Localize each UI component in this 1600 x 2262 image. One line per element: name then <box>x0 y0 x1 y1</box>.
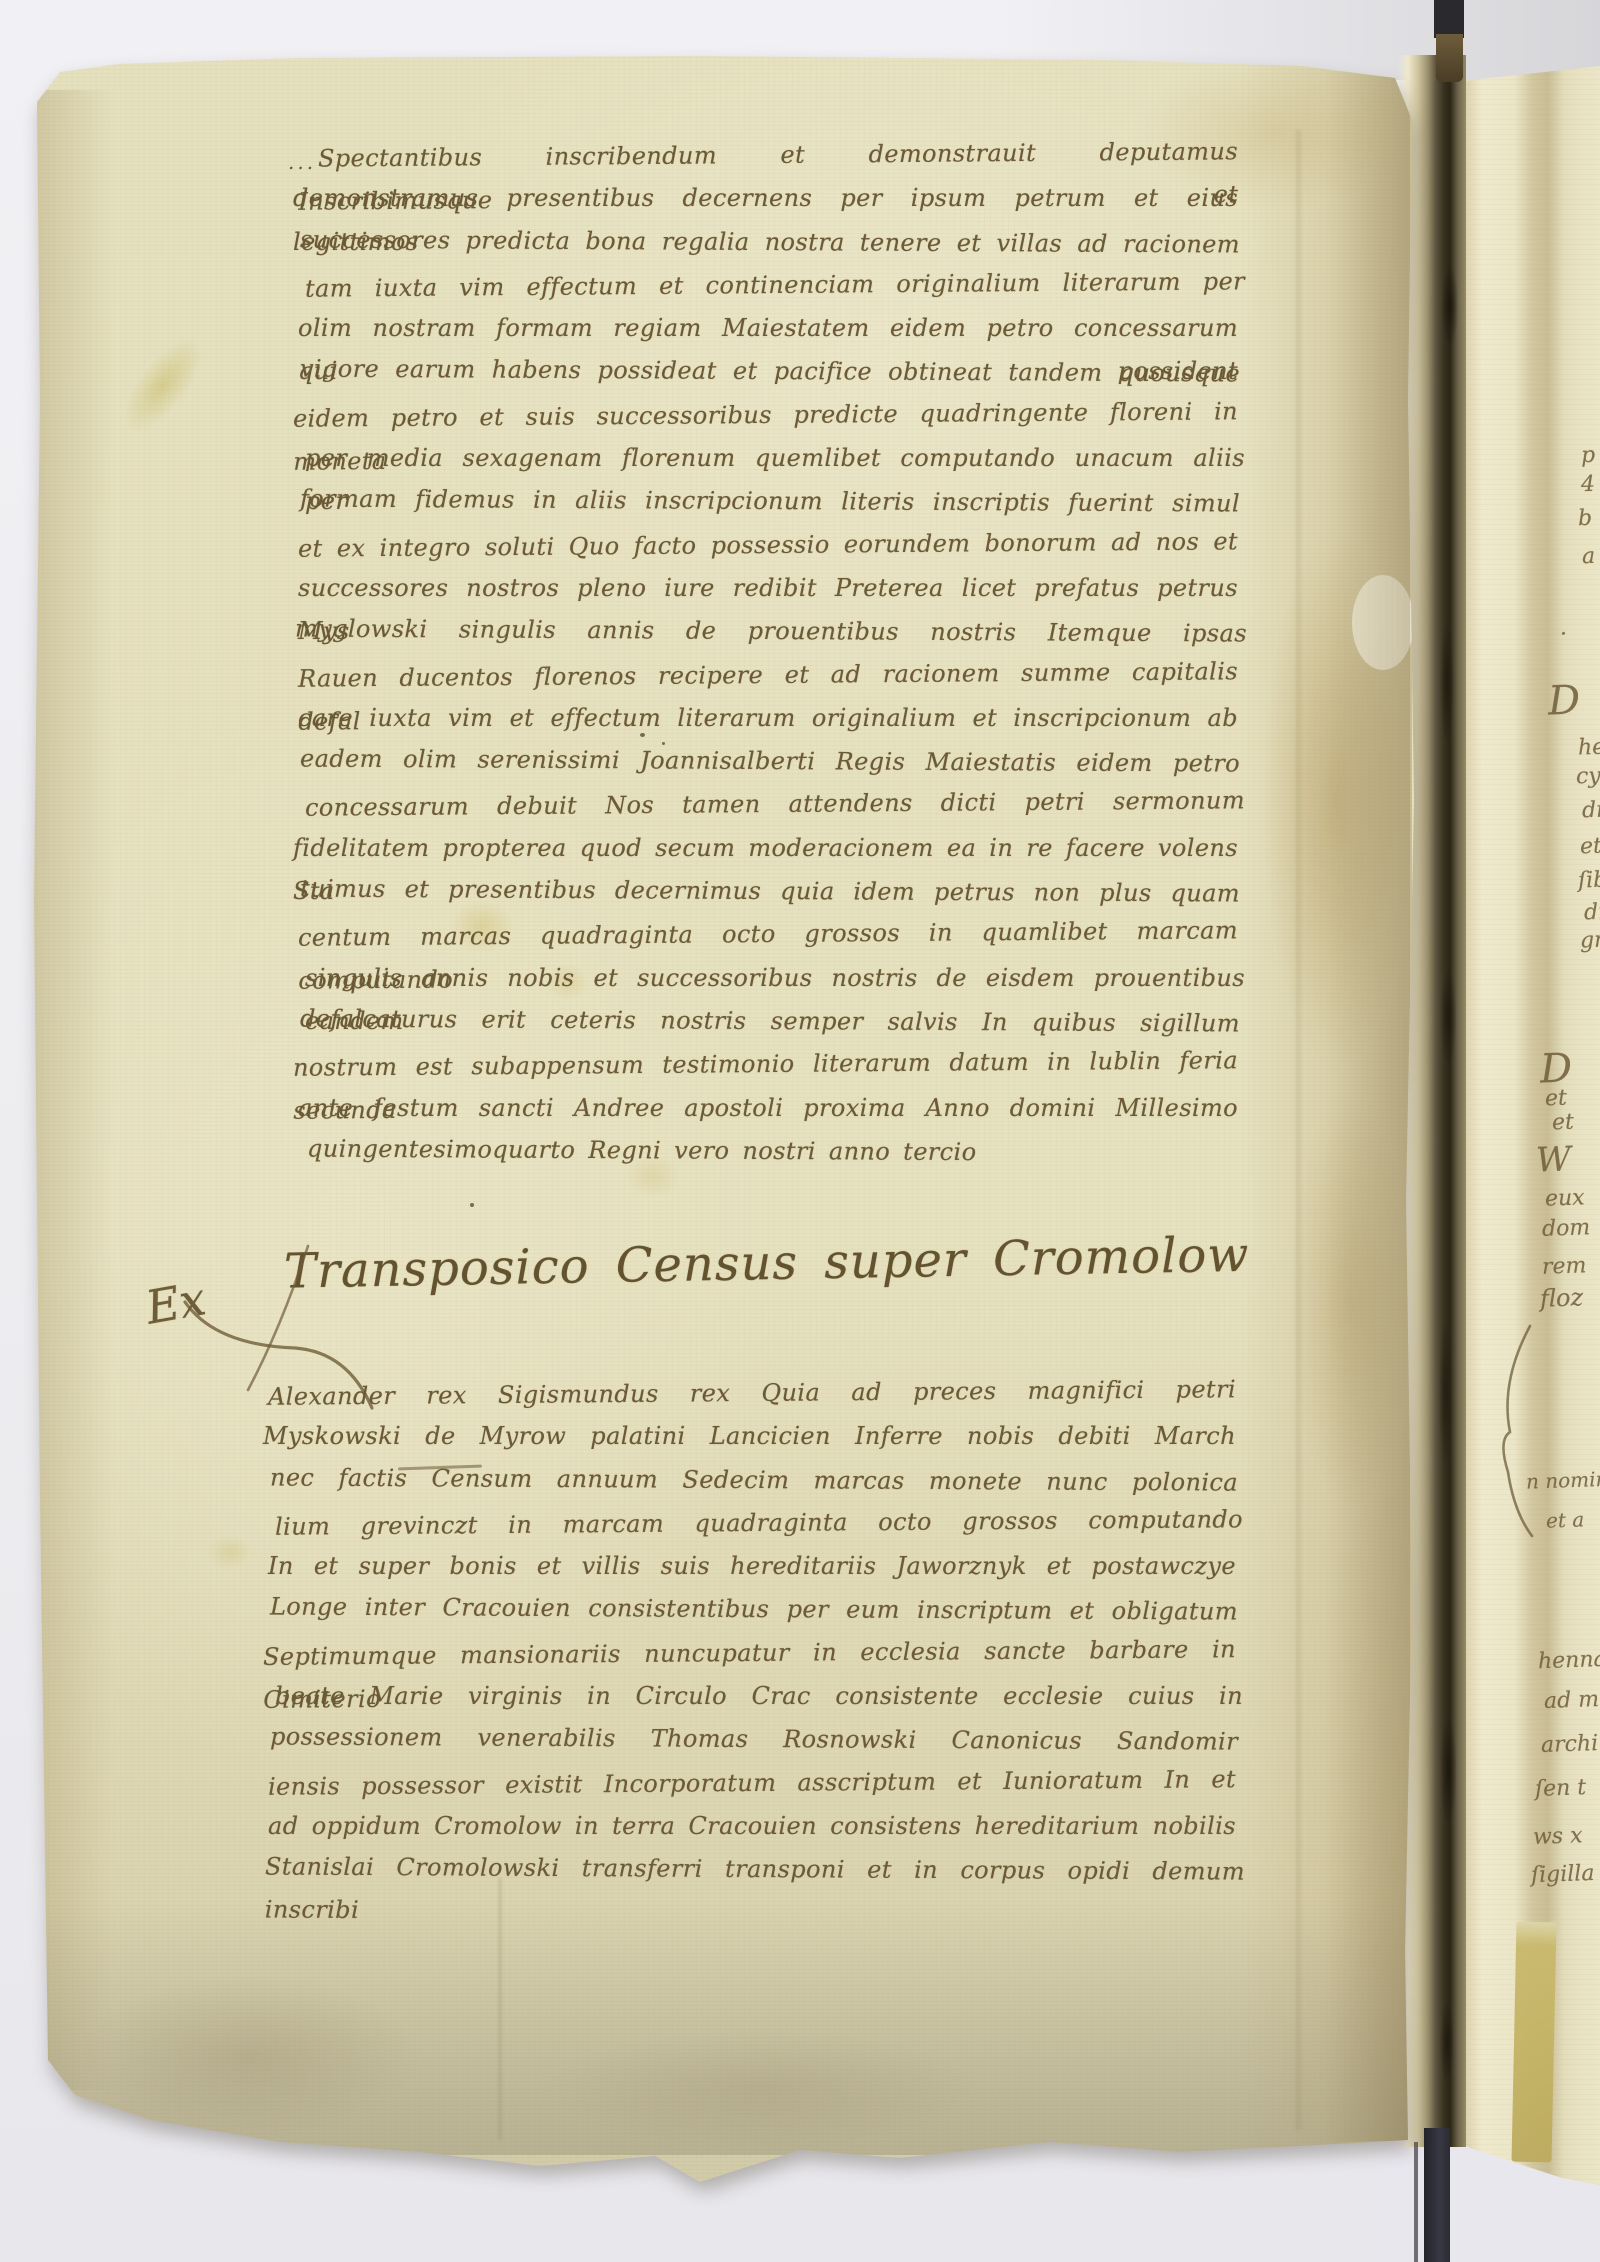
pen-flourish <box>130 1240 390 1430</box>
manuscript-text-line: possessionem venerabilis Thomas Rosnowsk… <box>270 1716 1238 1764</box>
right-edge-stain-blotch <box>1262 530 1412 1070</box>
manuscript-text-line: defalcaturus erit ceteris nostris semper… <box>300 997 1240 1045</box>
manuscript-text-line: et ex integro soluti Quo facto possessio… <box>298 520 1238 571</box>
bottom-crease <box>498 1878 502 2140</box>
manuscript-text-line: lium grevinczt in marcam quadraginta oct… <box>275 1498 1243 1549</box>
manuscript-text-line: ad oppidum Cromolow in terra Cracouien c… <box>268 1805 1236 1848</box>
top-right-stain <box>1140 58 1410 208</box>
yellow-streak-stain <box>111 327 215 442</box>
yellow-spot-stain-1 <box>450 900 514 952</box>
manuscript-page: ... Spectantibus inscribendum et demonst… <box>0 0 1600 2262</box>
manuscript-text-line: Stanislai Cromolowski transferri transpo… <box>265 1846 1245 1894</box>
right-edge-stain-band <box>1240 60 1412 2148</box>
manuscript-text-line: Alexander rex Sigismundus rex Quia ad pr… <box>268 1368 1236 1419</box>
manuscript-text-line: eadem olim serenissimi Joannisalberti Re… <box>300 738 1240 786</box>
manuscript-text-line: centum marcas quadraginta octo grossos i… <box>298 910 1238 961</box>
yellow-spot-stain-2 <box>545 964 589 1000</box>
manuscript-text-line: tuimus et presentibus decernimus quia id… <box>300 868 1240 916</box>
manuscript-text-line: myglowski singulis annis de prouentibus … <box>295 608 1247 656</box>
left-edge-stain <box>34 90 114 2090</box>
manuscript-text-line: Septimumque mansionariis nuncupatur in e… <box>263 1628 1236 1679</box>
manuscript-text-line: ante festum sancti Andree apostoli proxi… <box>298 1087 1238 1130</box>
manuscript-text-line: vigore earum habens possideat et pacific… <box>300 348 1240 396</box>
bottom-stain-blotch-2 <box>540 2030 980 2150</box>
manuscript-text-line: olim nostram formam regiam Maiestatem ei… <box>298 307 1238 350</box>
manuscript-text-line: eidem petro et suis successoribus predic… <box>293 390 1238 441</box>
manuscript-text-line: In et super bonis et villis suis heredit… <box>268 1545 1236 1588</box>
manuscript-page-wrap: ... Spectantibus inscribendum et demonst… <box>0 0 1600 2262</box>
manuscript-text-line: Longe inter Cracouien consistentibus per… <box>270 1586 1238 1634</box>
ink-speck <box>640 733 645 737</box>
ink-speck <box>662 742 665 745</box>
manuscript-text-line: quingentesimoquarto Regni vero nostri an… <box>307 1127 1247 1175</box>
bottom-stain-blotch-1 <box>80 1975 420 2140</box>
manuscript-text-line: care iuxta vim et effectum literarum ori… <box>298 697 1238 740</box>
manuscript-text-line: iensis possessor existit Incorporatum as… <box>268 1758 1236 1809</box>
marginal-note-ex: Ex <box>142 1271 210 1335</box>
section-heading: Transposico Census super Cromolow <box>283 1228 924 1303</box>
manuscript-text-line: demonstramus presentibus decernens per i… <box>293 177 1238 220</box>
manuscript-text-line: Rauen ducentos florenos recipere et ad r… <box>298 650 1238 701</box>
manuscript-text-line: Spectantibus inscribendum et demonstraui… <box>298 130 1238 181</box>
yellow-spot-stain-3 <box>625 1155 681 1197</box>
underline-mark <box>398 1465 482 1471</box>
gutter-side-shading <box>1325 66 1410 2141</box>
ink-speck <box>470 1203 474 1207</box>
bottom-soiling-band <box>34 1900 1412 2155</box>
paragraph-2: Alexander rex Sigismundus rex Quia ad pr… <box>268 1372 1236 1892</box>
paragraph-1: Spectantibus inscribendum et demonstraui… <box>298 134 1238 1173</box>
manuscript-text-line: Myskowski de Myrow palatini Lancicien In… <box>263 1415 1236 1458</box>
vertical-fold-crease <box>1296 130 1301 2130</box>
manuscript-text-line: nostrum est subappensum testimonio liter… <box>293 1040 1238 1091</box>
manuscript-text-line: concessarum debuit Nos tamen attendens d… <box>305 780 1245 831</box>
manuscript-text-line: successores predicta bona regalia nostra… <box>300 218 1240 266</box>
manuscript-photo-scene: p4ba·DhecydretſibdrgnDetetWeuxdomremfloz… <box>0 0 1600 2262</box>
manuscript-text-line: per media sexagenam florenum quemlibet c… <box>305 437 1245 480</box>
manuscript-text-line: singulis annis nobis et successoribus no… <box>305 957 1245 1000</box>
lead-dots: ... <box>288 150 316 174</box>
manuscript-text-line: successores nostros pleno iure redibit P… <box>298 567 1238 610</box>
manuscript-text-line: beate Marie virginis in Circulo Crac con… <box>275 1675 1243 1718</box>
yellow-spot-stain-4 <box>208 1535 252 1569</box>
manuscript-text-line: fidelitatem propterea quod secum moderac… <box>293 827 1238 870</box>
torn-light-patch <box>1352 575 1414 670</box>
manuscript-text-line: tam iuxta vim effectum et continenciam o… <box>305 260 1245 311</box>
right-edge-stain-blotch-2 <box>1290 1090 1410 1510</box>
manuscript-text-line: nec factis Censum annuum Sedecim marcas … <box>270 1456 1238 1504</box>
manuscript-text-line: formam fidemus in aliis inscripcionum li… <box>300 478 1240 526</box>
